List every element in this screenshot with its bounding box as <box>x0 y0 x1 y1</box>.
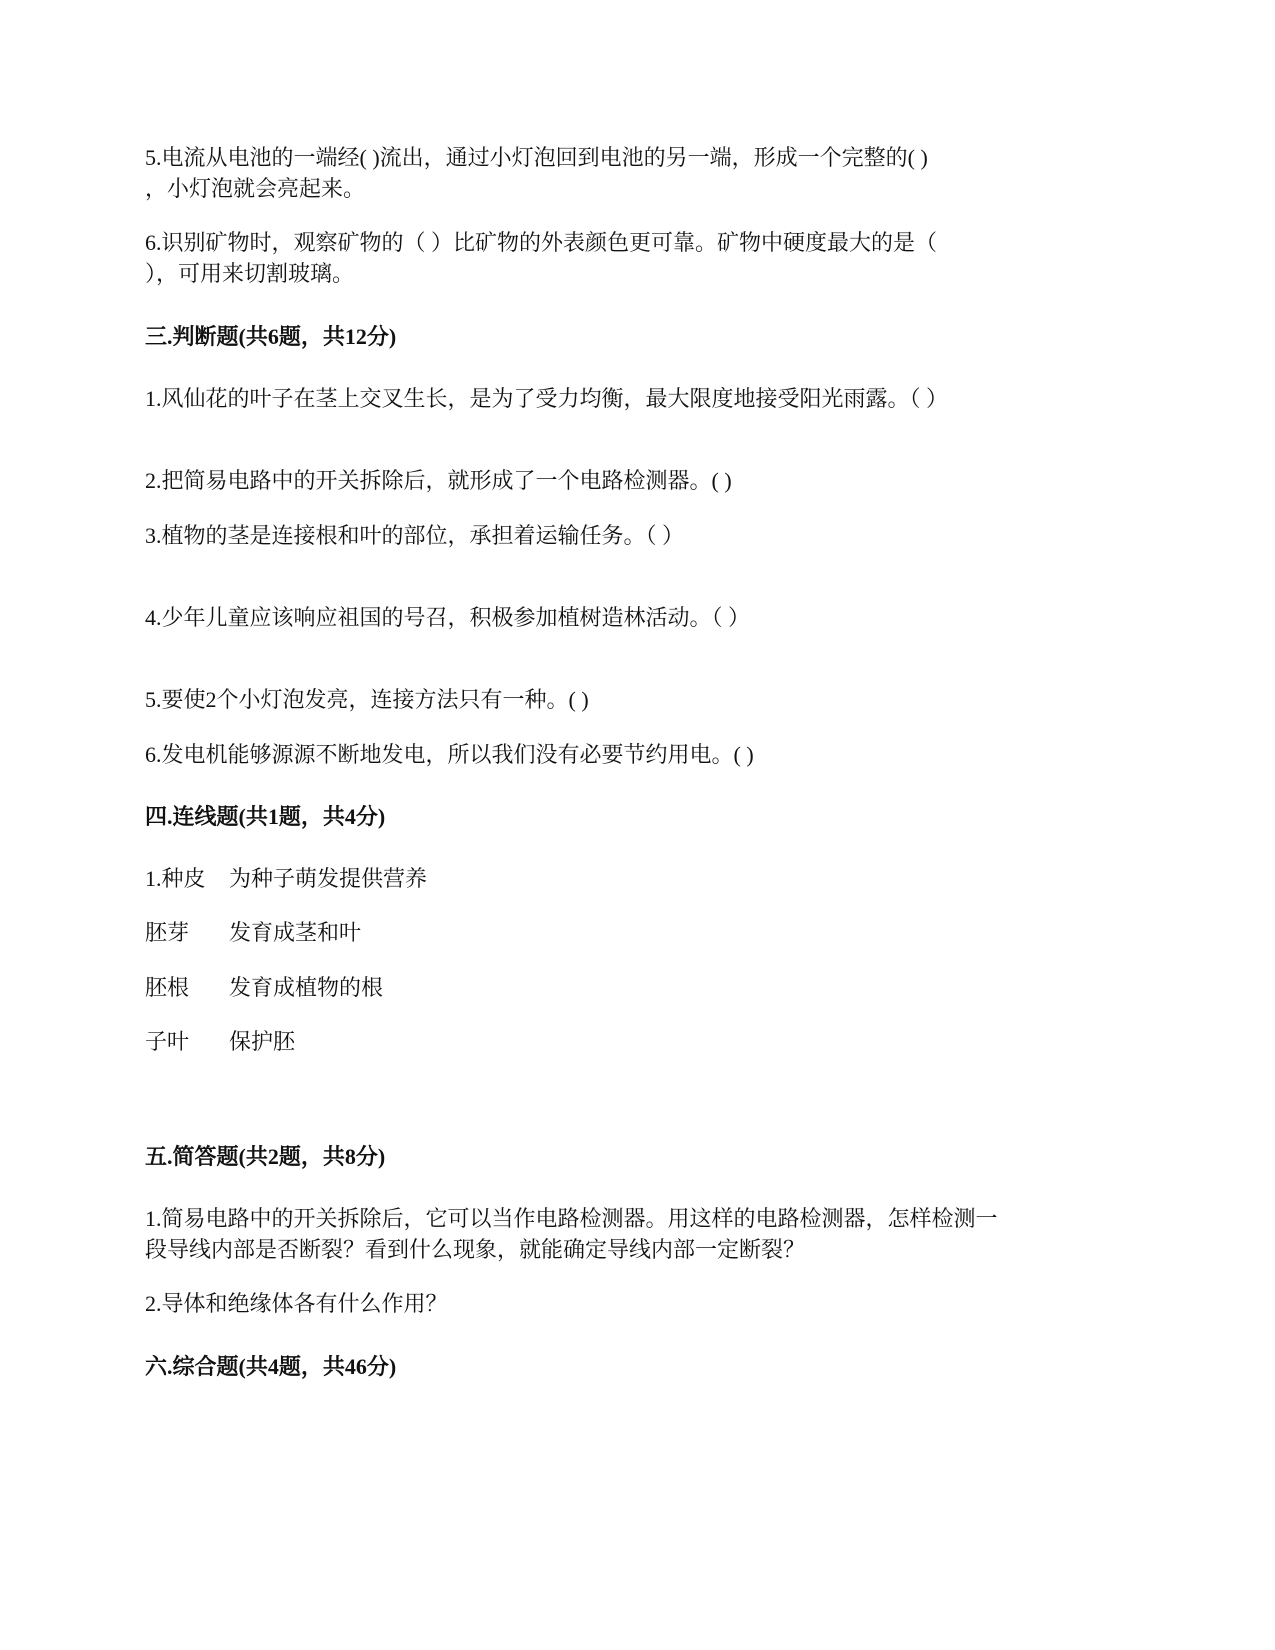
fill-blank-q6-line2: ），可用来切割玻璃。 <box>145 259 354 289</box>
fill-blank-q5-line1: 5.电流从电池的一端经( )流出，通过小灯泡回到电池的另一端，形成一个完整的( … <box>145 143 928 173</box>
short-answer-q2: 2.导体和绝缘体各有什么作用？ <box>145 1289 448 1319</box>
match-left-item: 胚芽 <box>145 918 229 948</box>
match-right-item: 发育成茎和叶 <box>229 920 361 945</box>
match-left-item: 胚根 <box>145 973 229 1003</box>
short-answer-q1-line2: 段导线内部是否断裂？看到什么现象，就能确定导线内部一定断裂？ <box>145 1235 805 1265</box>
match-right-item: 发育成植物的根 <box>229 975 383 1000</box>
match-left-item: 子叶 <box>145 1027 229 1057</box>
section-3-heading: 三.判断题(共6题，共12分) <box>145 322 396 352</box>
match-row-1: 1.种皮为种子萌发提供营养 <box>145 864 427 894</box>
match-left-item: 1.种皮 <box>145 864 229 894</box>
fill-blank-q6-line1: 6.识别矿物时，观察矿物的（ ）比矿物的外表颜色更可靠。矿物中硬度最大的是（ <box>145 228 937 258</box>
tf-question-3: 3.植物的茎是连接根和叶的部位，承担着运输任务。（ ） <box>145 521 684 551</box>
fill-blank-q5-line2: ，小灯泡就会亮起来。 <box>145 174 365 204</box>
tf-question-2: 2.把简易电路中的开关拆除后，就形成了一个电路检测器。( ) <box>145 466 732 496</box>
tf-question-1: 1.风仙花的叶子在茎上交叉生长，是为了受力均衡，最大限度地接受阳光雨露。（ ） <box>145 384 948 414</box>
tf-question-5: 5.要使2个小灯泡发亮，连接方法只有一种。( ) <box>145 685 589 715</box>
section-4-heading: 四.连线题(共1题，共4分) <box>145 802 385 832</box>
match-row-2: 胚芽发育成茎和叶 <box>145 918 361 948</box>
match-right-item: 保护胚 <box>229 1029 295 1054</box>
tf-question-4: 4.少年儿童应该响应祖国的号召，积极参加植树造林活动。（ ） <box>145 603 750 633</box>
match-row-4: 子叶保护胚 <box>145 1027 295 1057</box>
match-row-3: 胚根发育成植物的根 <box>145 973 383 1003</box>
section-5-heading: 五.简答题(共2题，共8分) <box>145 1142 385 1172</box>
section-6-heading: 六.综合题(共4题，共46分) <box>145 1352 396 1382</box>
tf-question-6: 6.发电机能够源源不断地发电，所以我们没有必要节约用电。( ) <box>145 740 754 770</box>
match-right-item: 为种子萌发提供营养 <box>229 866 427 891</box>
short-answer-q1-line1: 1.简易电路中的开关拆除后，它可以当作电路检测器。用这样的电路检测器，怎样检测一 <box>145 1204 998 1234</box>
